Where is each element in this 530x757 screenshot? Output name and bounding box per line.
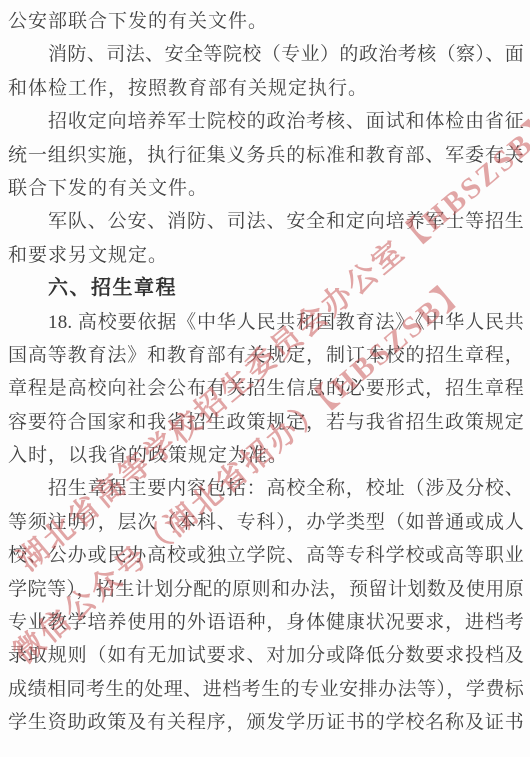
- text-line: 联合下发的有关文件。: [8, 172, 524, 205]
- text-line: 消防、司法、安全等院校（专业）的政治考核（察）、面试: [8, 38, 524, 71]
- text-line: 军队、公安、消防、司法、安全和定向培养军士等招生办法: [8, 205, 524, 238]
- text-line: 公安部联合下发的有关文件。: [8, 5, 524, 38]
- text-line: 和体检工作，按照教育部有关规定执行。: [8, 72, 524, 105]
- text-line: 专业教学培养使用的外语语种，身体健康状况要求，进档考生的: [8, 606, 524, 639]
- text-line: 招生章程主要内容包括：高校全称，校址（涉及分校、校区: [8, 472, 524, 505]
- section-heading: 六、招生章程: [8, 272, 524, 305]
- text-line: 学院等），招生计划分配的原则和办法，预留计划数及使用原则、: [8, 573, 524, 606]
- text-line: 入时，以我省的政策规定为准。: [8, 439, 524, 472]
- document-body: 公安部联合下发的有关文件。消防、司法、安全等院校（专业）的政治考核（察）、面试和…: [8, 5, 524, 740]
- text-line: 容要符合国家和我省招生政策规定，若与我省招生政策规定有出: [8, 406, 524, 439]
- text-line: 和要求另文规定。: [8, 239, 524, 272]
- text-line: 国高等教育法》和教育部有关规定，制订本校的招生章程，招生: [8, 339, 524, 372]
- document-page: 公安部联合下发的有关文件。消防、司法、安全等院校（专业）的政治考核（察）、面试和…: [0, 0, 530, 757]
- text-line: 统一组织实施，执行征集义务兵的标准和教育部、军委有关部门: [8, 139, 524, 172]
- text-line: 18. 高校要依据《中华人民共和国教育法》《中华人民共和: [8, 306, 524, 339]
- text-line: 招收定向培养军士院校的政治考核、面试和体检由省征兵办: [8, 105, 524, 138]
- text-line: 录取规则（如有无加试要求、对加分或降低分数要求投档及投档: [8, 639, 524, 672]
- text-line: 章程是高校向社会公布有关招生信息的必要形式，招生章程的内: [8, 372, 524, 405]
- text-line: 校、公办或民办高校或独立学院、高等专科学校或高等职业技术: [8, 539, 524, 572]
- text-line: 学生资助政策及有关程序，颁发学历证书的学校名称及证书种: [8, 706, 524, 739]
- text-line: 等须注明），层次（本科、专科），办学类型（如普通或成人高: [8, 506, 524, 539]
- text-line: 成绩相同考生的处理、进档考生的专业安排办法等），学费标准，: [8, 673, 524, 706]
